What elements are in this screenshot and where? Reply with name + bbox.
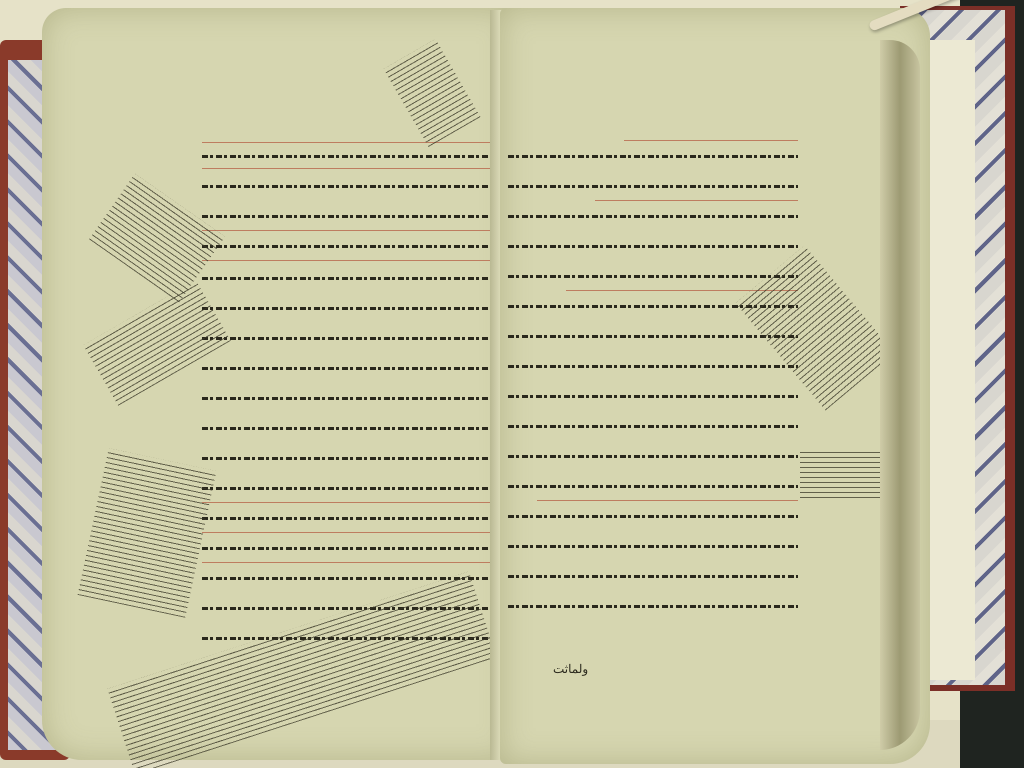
left-manuscript-page — [42, 8, 512, 760]
closing-word: ولماثت — [553, 662, 588, 676]
marginal-gloss — [78, 448, 217, 618]
marginal-gloss — [384, 39, 481, 147]
right-main-text — [508, 138, 798, 638]
page-fore-edge — [880, 40, 920, 750]
right-manuscript-page — [500, 8, 930, 764]
